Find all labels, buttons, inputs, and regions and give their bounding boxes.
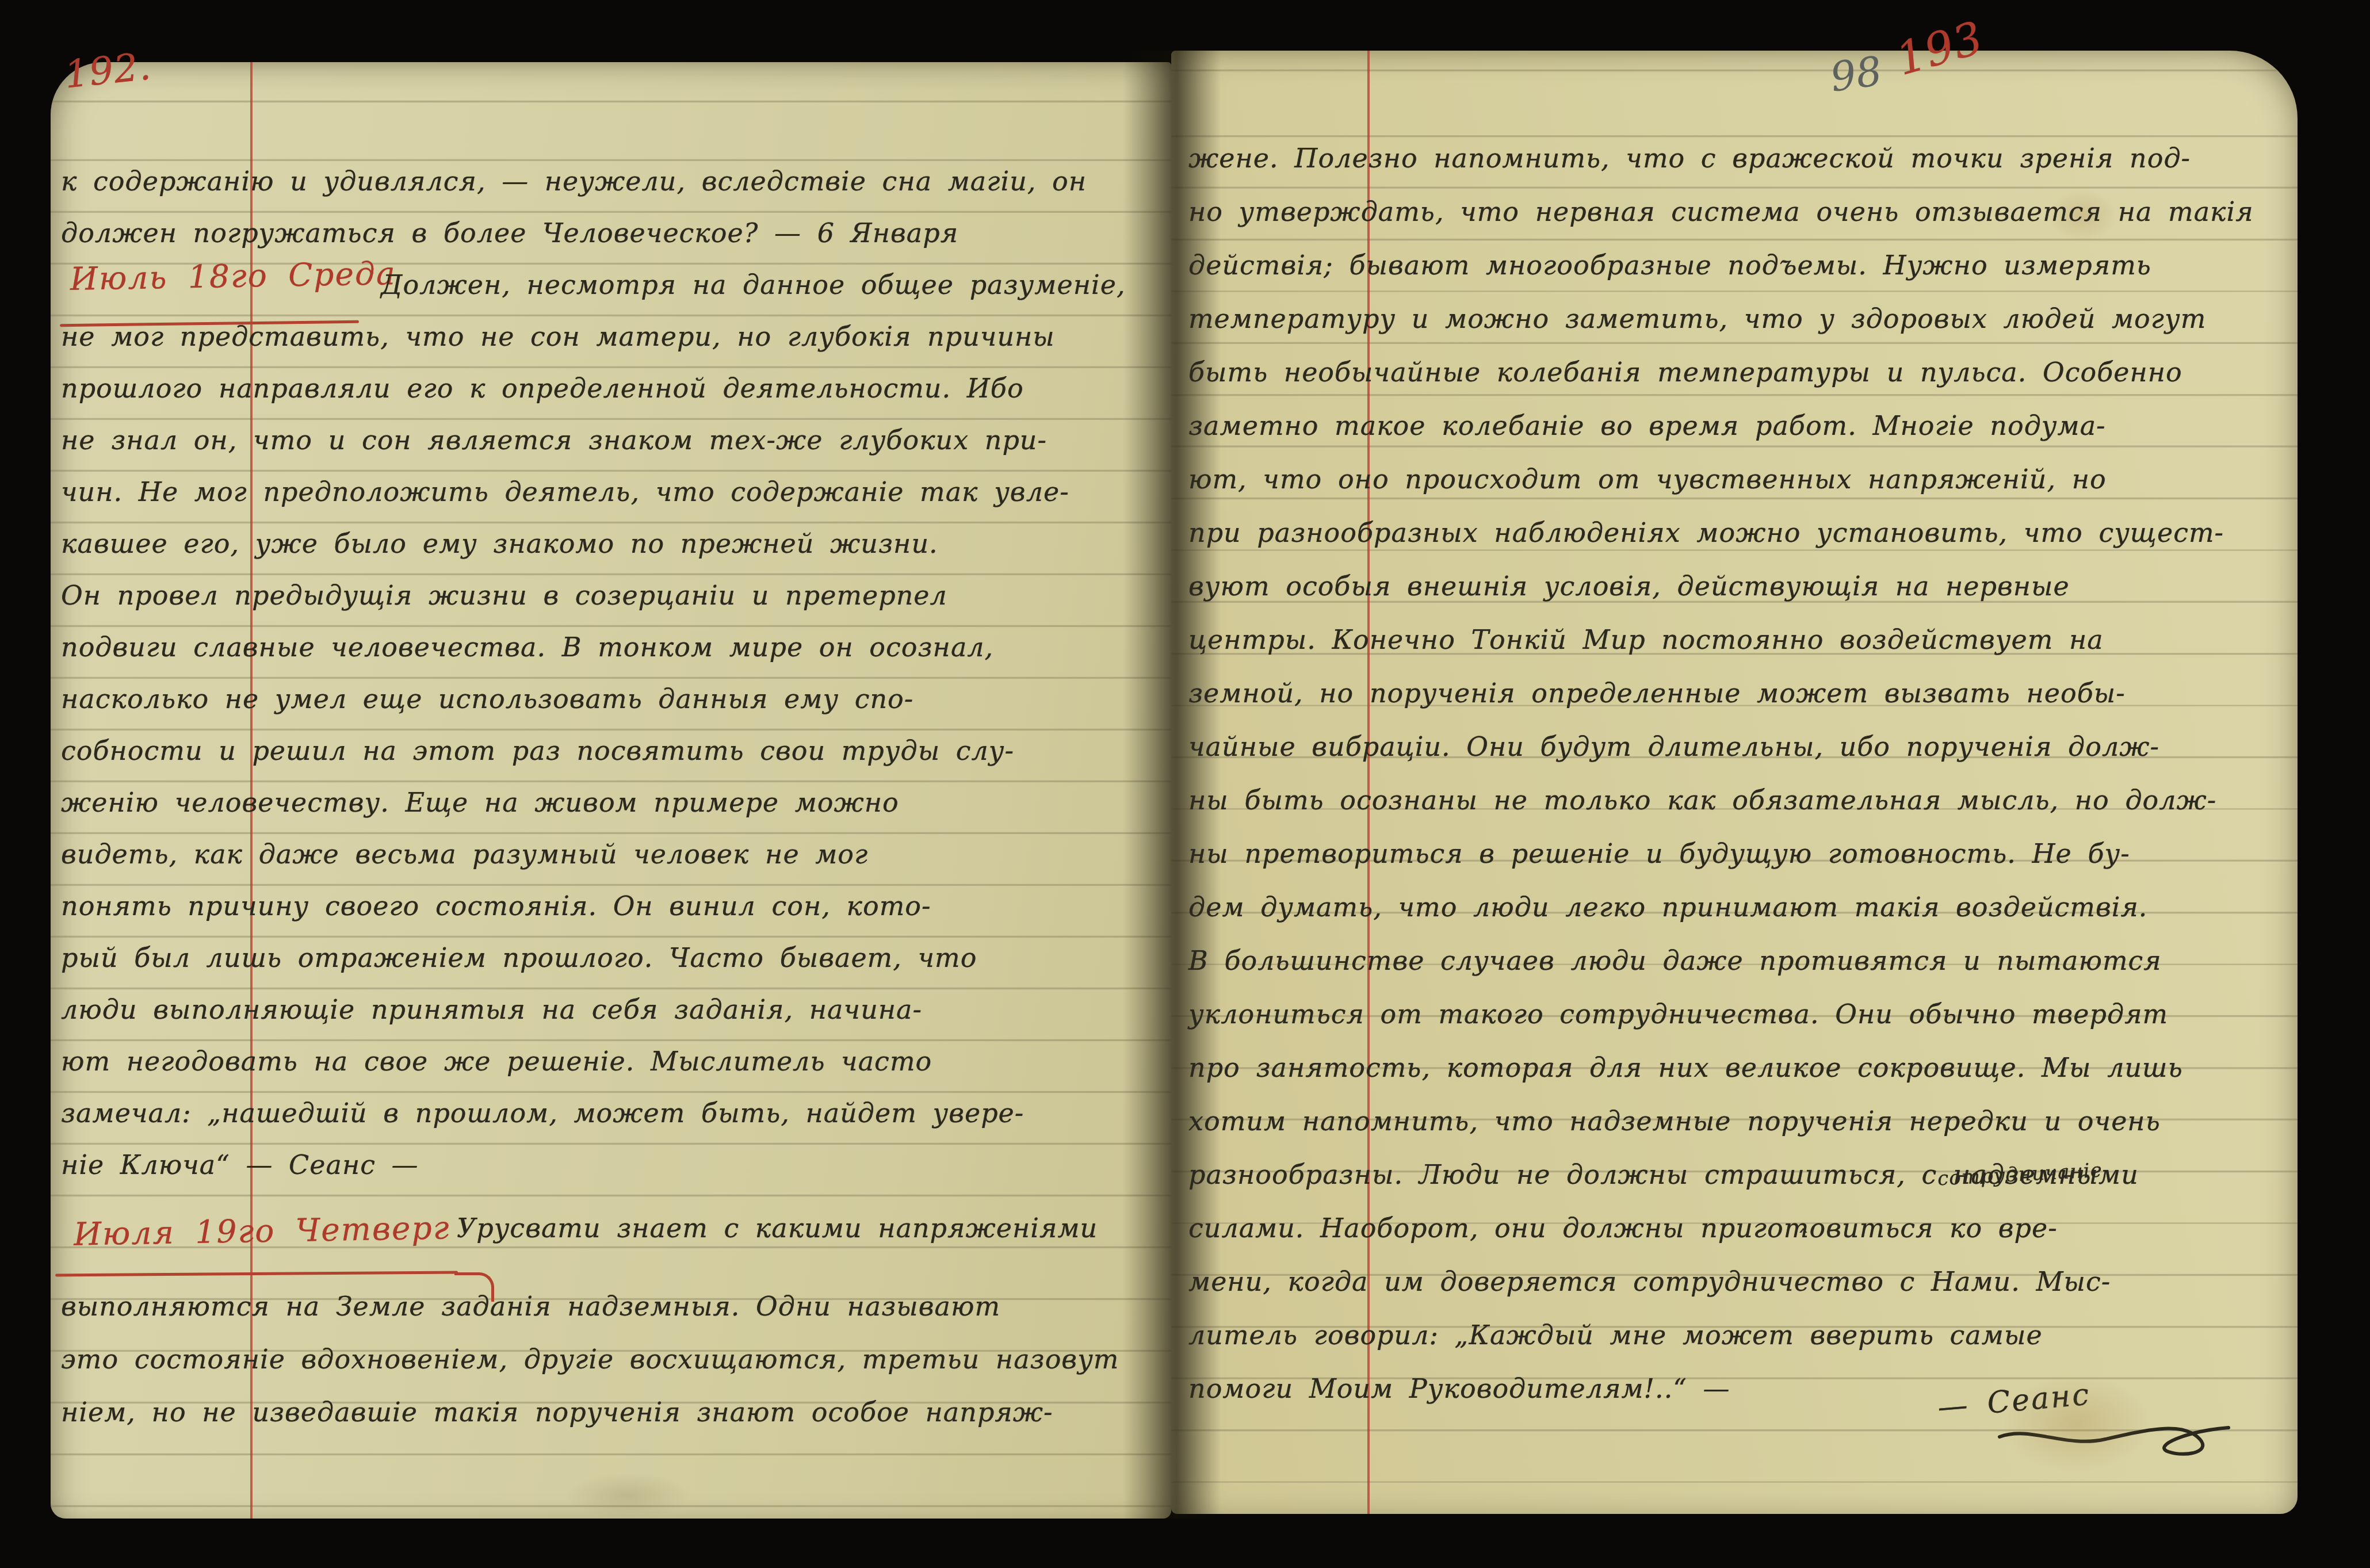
date-heading-july-19: Июля 19го Четверг <box>73 1209 450 1252</box>
manuscript-line: подвиги славные человечества. В тонком м… <box>61 634 993 660</box>
manuscript-line: рый был лишь отраженіем прошлого. Часто … <box>61 944 977 971</box>
manuscript-line: действія; бывают многообразные подъемы. … <box>1188 252 2151 278</box>
manuscript-line: при разнообразных наблюденіях можно уста… <box>1188 519 2224 546</box>
manuscript-line: ют, что оно происходит от чувственных на… <box>1188 466 2107 492</box>
manuscript-line: ны претвориться в решеніе и будущую гото… <box>1188 840 2130 867</box>
manuscript-line: кавшее его, уже было ему знакомо по преж… <box>61 530 938 557</box>
manuscript-line: уклониться от такого сотрудничества. Они… <box>1188 1001 2168 1027</box>
notebook-scan: 192. 98 193 Июль 18го Среда Июля 19го Че… <box>0 0 2370 1568</box>
manuscript-line: ніем, но не изведавшіе такія порученія з… <box>61 1399 1053 1425</box>
manuscript-line: выполняются на Земле заданія надземныя. … <box>61 1293 1000 1320</box>
manuscript-line: вуют особыя внешнія условія, действующія… <box>1188 573 2070 599</box>
manuscript-line: чин. Не мог предположить деятель, что со… <box>61 479 1069 505</box>
signature-flourish <box>1996 1420 2238 1460</box>
manuscript-line: быть необычайные колебанія температуры и… <box>1188 359 2182 385</box>
manuscript-line: чайные вибраціи. Они будут длительны, иб… <box>1188 733 2159 760</box>
manuscript-line: помоги Моим Руководителям!..“ — <box>1188 1375 1730 1402</box>
date-heading-july-18: Июль 18го Среда <box>70 255 396 297</box>
manuscript-line: собности и решил на этот раз посвятить с… <box>61 737 1014 764</box>
manuscript-line: ніе Ключа“ — Сеанс — <box>61 1152 419 1178</box>
manuscript-line: мени, когда им доверяется сотрудничество… <box>1188 1268 2111 1295</box>
manuscript-line: температуру и можно заметить, что у здор… <box>1188 305 2206 332</box>
manuscript-line: центры. Конечно Тонкій Мир постоянно воз… <box>1188 626 2104 653</box>
manuscript-line: силами. Наоборот, они должны приготовить… <box>1188 1215 2058 1241</box>
manuscript-line: ны быть осознаны не только как обязатель… <box>1188 787 2216 813</box>
manuscript-line: женію человечеству. Еще на живом примере… <box>61 789 899 816</box>
manuscript-line: литель говорил: „Каждый мне может вверит… <box>1188 1322 2043 1348</box>
manuscript-line: жене. Полезно напомнить, что с вражеской… <box>1188 145 2191 171</box>
manuscript-line: Урусвати знает с какими напряженіями <box>457 1215 1098 1241</box>
manuscript-line: В большинстве случаев люди даже противят… <box>1188 947 2162 974</box>
manuscript-line: земной, но порученія определенные может … <box>1188 680 2126 706</box>
manuscript-line: заметно такое колебаніе во время работ. … <box>1188 412 2106 439</box>
manuscript-line: ют негодовать на свое же решеніе. Мыслит… <box>61 1048 932 1074</box>
manuscript-line: хотим напомнить, что надземные порученія… <box>1188 1108 2161 1134</box>
manuscript-line: должен погружаться в более Человеческое?… <box>61 220 958 246</box>
manuscript-line: дем думать, что люди легко принимают так… <box>1188 894 2147 920</box>
manuscript-line: прошлого направляли его к определенной д… <box>61 375 1024 401</box>
manuscript-line: но утверждать, что нервная система очень… <box>1188 198 2254 225</box>
manuscript-line: про занятость, которая для них великое с… <box>1188 1054 2183 1081</box>
manuscript-line: видеть, как даже весьма разумный человек… <box>61 841 868 867</box>
manuscript-line: к содержанію и удивлялся, — неужели, всл… <box>61 168 1087 194</box>
folio-number-pencil: 98 <box>1828 47 1885 101</box>
manuscript-line: это состояніе вдохновеніем, другіе восхи… <box>61 1346 1119 1372</box>
manuscript-line: люди выполняющіе принятыя на себя задані… <box>61 996 922 1023</box>
manuscript-line: не знал он, что и сон является знаком те… <box>61 427 1047 453</box>
manuscript-line: Должен, несмотря на данное общее разумен… <box>381 271 1126 298</box>
folio-number-left: 192. <box>62 44 153 97</box>
manuscript-line: насколько не умел еще использовать данны… <box>61 686 913 712</box>
manuscript-line: разнообразны. Люди не должны страшиться,… <box>1188 1161 2139 1188</box>
manuscript-line: замечал: „нашедшій в прошлом, может быть… <box>61 1100 1024 1126</box>
manuscript-line: не мог представить, что не сон матери, н… <box>61 323 1055 350</box>
manuscript-line: Он провел предыдущія жизни в созерцаніи … <box>61 582 947 609</box>
manuscript-line: понять причину своего состоянія. Он вини… <box>61 893 931 919</box>
